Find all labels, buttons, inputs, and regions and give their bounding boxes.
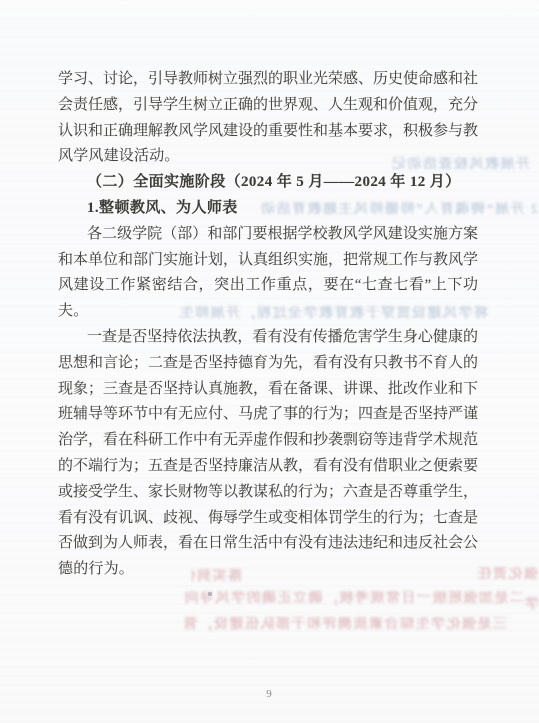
text-line: 治学，看在科研工作中有无弄虚作假和抄袭剽窃等违背学术规范 — [58, 428, 478, 454]
paragraph-intro: 学习、讨论，引导教师树立强烈的职业光荣感、历史使命感和社 会责任感，引导学生树立… — [58, 67, 478, 170]
paragraph-implementation: 各二级学院（部）和部门要根据学校教风学风建设实施方案 和本单位和部门实施计划，认… — [58, 222, 478, 325]
text-line: 风建设工作紧密结合，突出工作重点，要在“七查七看”上下功 — [58, 273, 478, 299]
bleedthrough-text: 三是强化学生综合素质测评和干部队伍建设，营造 — [185, 617, 507, 633]
paragraph-seven-checks: 一查是否坚持依法执教，看有没有传播危害学生身心健康的 思想和言论；二查是否坚持德… — [58, 325, 478, 583]
text-line: 各二级学院（部）和部门要根据学校教风学风建设实施方案 — [58, 222, 478, 248]
text-line: 和本单位和部门实施计划，认真组织实施，把常规工作与教风学 — [58, 248, 478, 274]
text-line: 夫。 — [58, 299, 478, 325]
text-line: 一查是否坚持依法执教，看有没有传播危害学生身心健康的 — [58, 325, 478, 351]
bleedthrough-text: 学 — [523, 597, 539, 613]
text-line: 会责任感，引导学生树立正确的世界观、人生观和价值观，充分 — [58, 93, 478, 119]
text-line: 班辅导等环节中有无应付、马虎了事的行为；四查是否坚持严谨 — [58, 402, 478, 428]
bleedthrough-text: 二是加强班级一日常规考核，确立正确的学风导向 — [178, 591, 524, 607]
text-line: 德的行为。 — [58, 557, 478, 583]
subsection-heading-rectify-teaching: 1.整顿教风、为人师表 — [58, 196, 478, 222]
text-line: 认识和正确理解教风学风建设的重要性和基本要求，积极参与教 — [58, 119, 478, 145]
scan-speck — [208, 592, 212, 596]
text-line: 的不端行为；五查是否坚持廉洁从教，看有没有借职业之便索要 — [58, 454, 478, 480]
text-line: 或接受学生、家长财物等以教谋私的行为；六查是否尊重学生， — [58, 480, 478, 506]
text-line: 现象；三查是否坚持认真施教，看在备课、讲课、批改作业和下 — [58, 377, 478, 403]
text-line: 学习、讨论，引导教师树立强烈的职业光荣感、历史使命感和社 — [58, 67, 478, 93]
document-body: 学习、讨论，引导教师树立强烈的职业光荣感、历史使命感和社 会责任感，引导学生树立… — [58, 67, 478, 583]
scanned-document-page: 开展教风检查活动记 2 开展“铸魂育人”师德师风主题教育活动 将学风建设贯穿于教… — [0, 0, 539, 723]
text-line: 看有没有讥讽、歧视、侮辱学生或变相体罚学生的行为；七查是 — [58, 506, 478, 532]
bleedthrough-text: 强化责任 — [478, 567, 538, 583]
text-line: 风学风建设活动。 — [58, 144, 478, 170]
text-line: 否做到为人师表，看在日常生活中有没有违法违纪和违反社会公 — [58, 531, 478, 557]
section-heading-phase2: （二）全面实施阶段（2024 年 5 月——2024 年 12 月） — [58, 170, 478, 196]
text-line: 思想和言论；二查是否坚持德育为先，看有没有只教书不育人的 — [58, 351, 478, 377]
page-number: 9 — [0, 688, 539, 700]
